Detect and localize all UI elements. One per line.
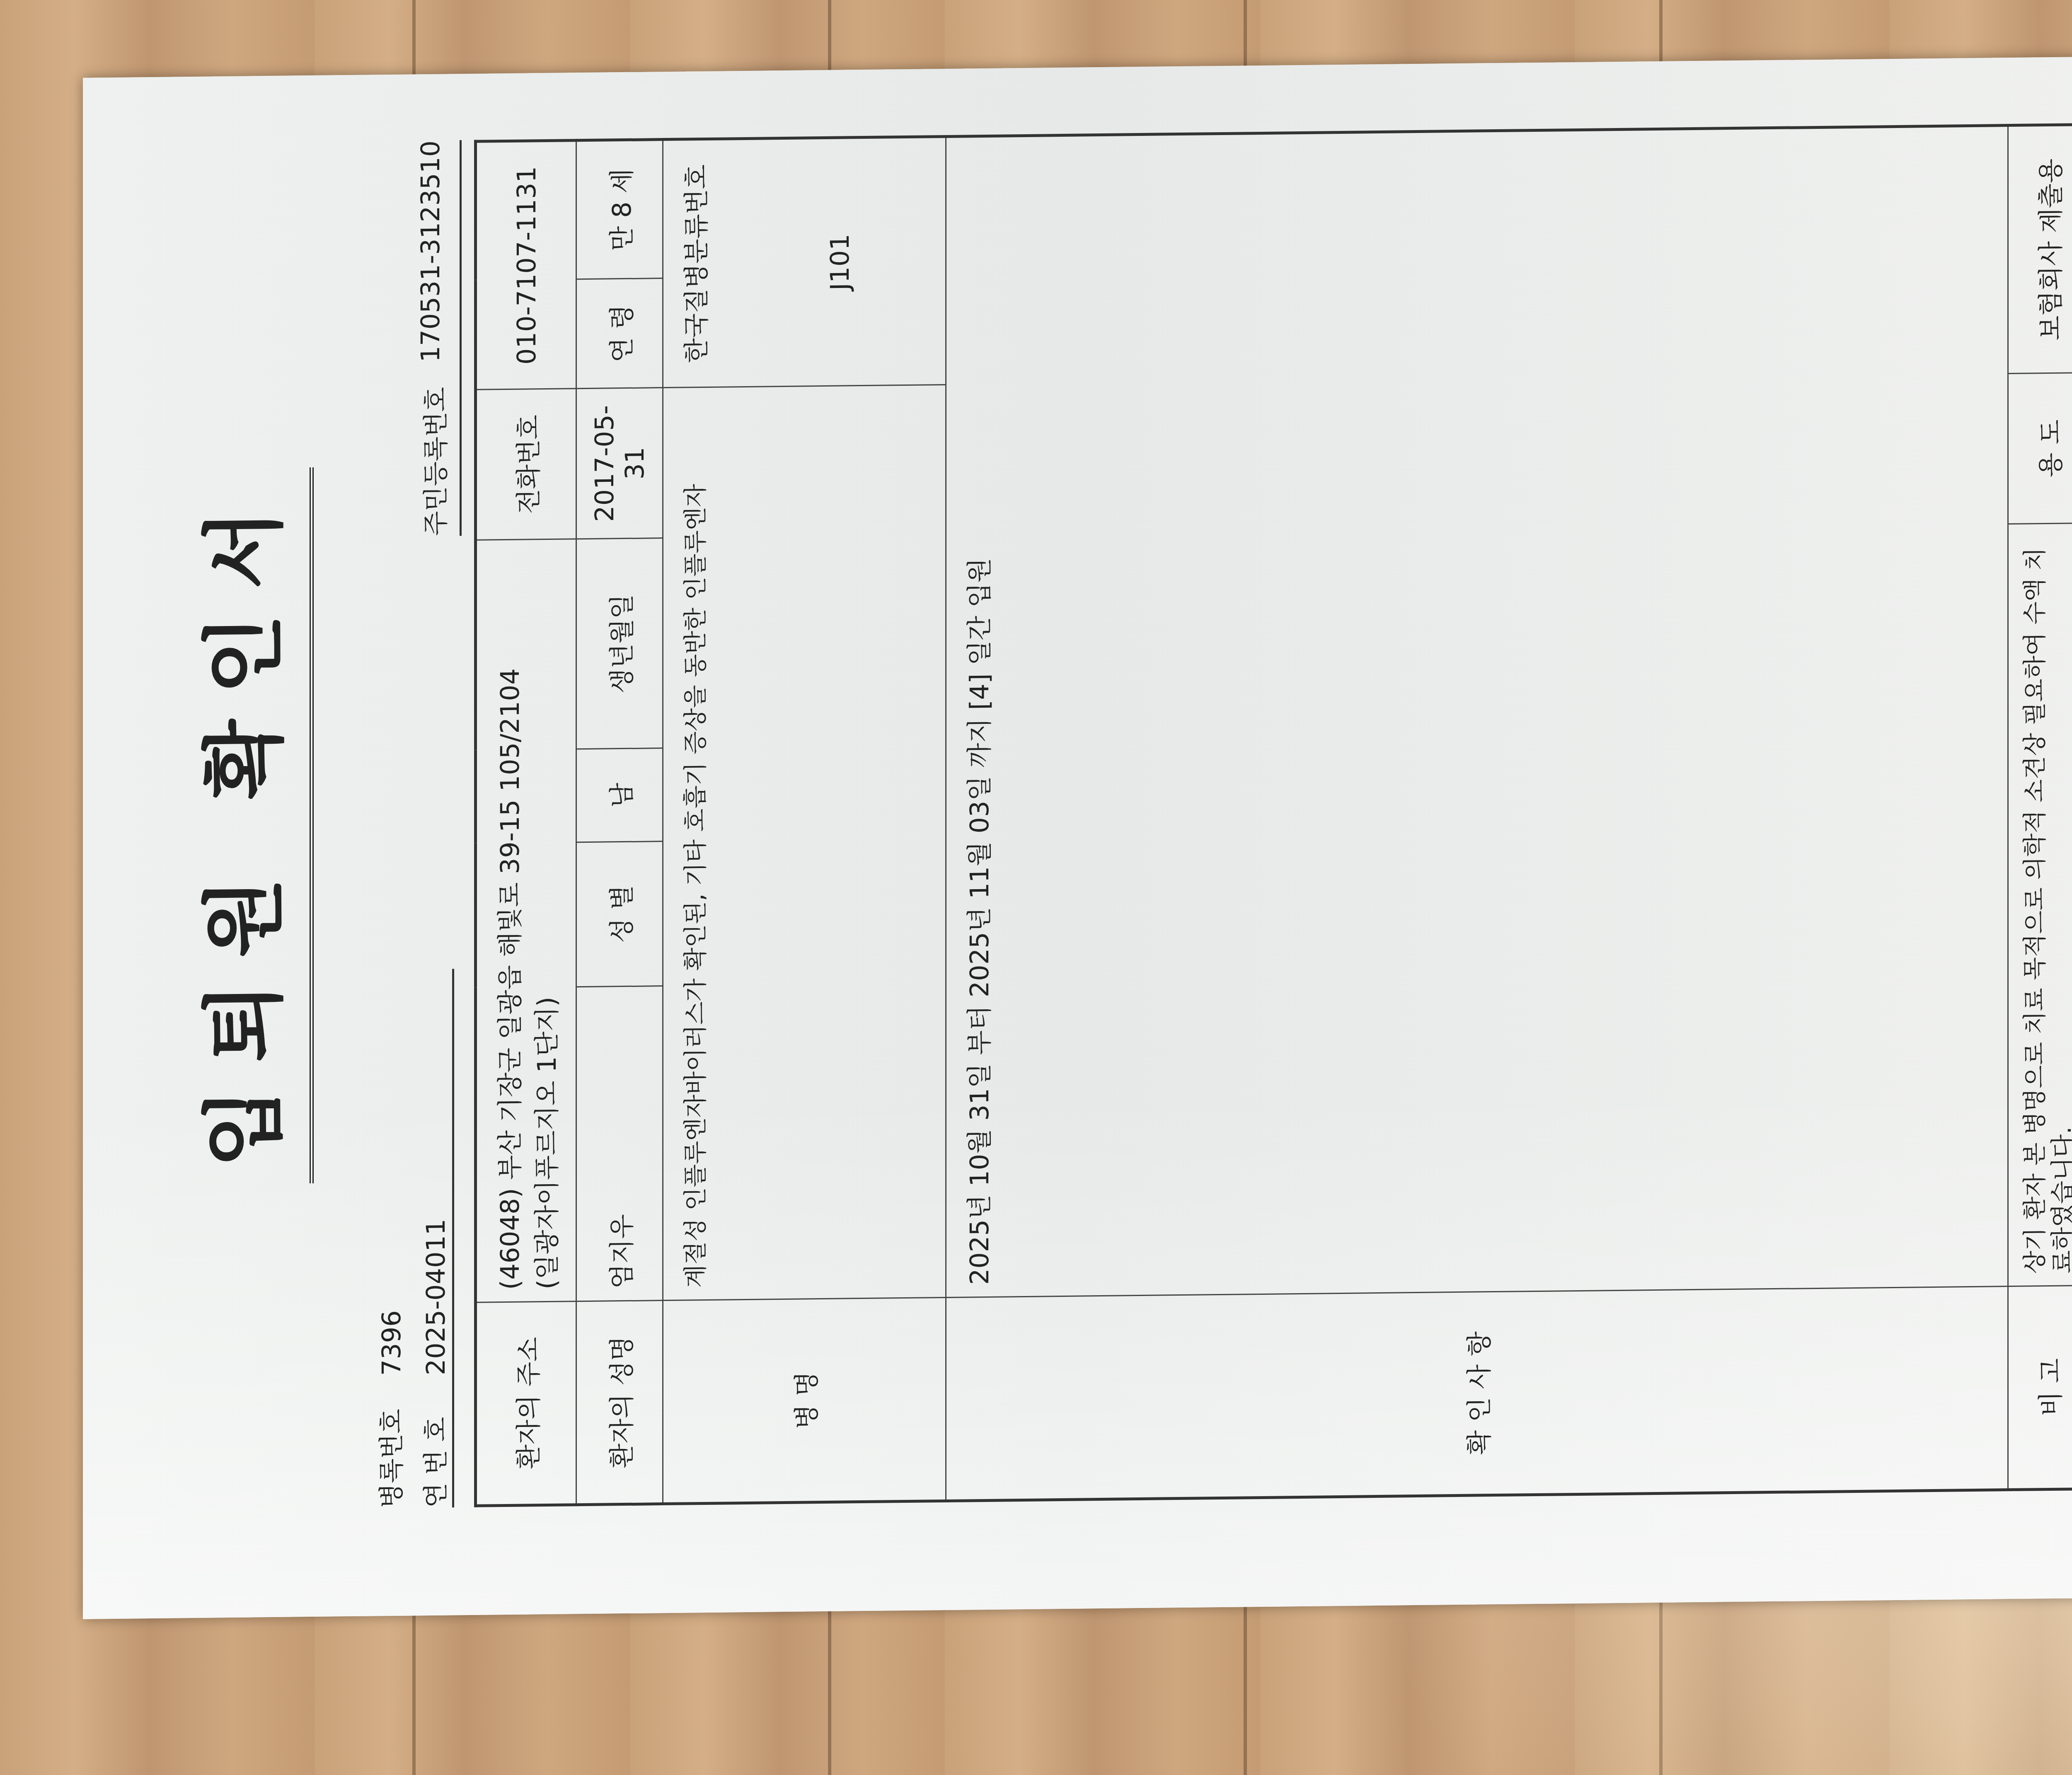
document-title: 입퇴원 확인서 — [178, 467, 314, 1185]
patient-birth: 2017-05-31 — [576, 388, 663, 539]
record-number: 7396 — [376, 1310, 407, 1376]
remarks-text: 상기 환자 본 병명으로 치료 목적으로 의학적 소견상 필요하여 수액 치료하… — [2008, 523, 2072, 1287]
sex-label: 성 별 — [576, 841, 663, 987]
patient-age: 만 8 세 — [576, 140, 663, 279]
certificate-form-table: 환자의 주소 (46048) 부산 기장군 일광읍 해빛로 39-15 105/… — [474, 123, 2072, 1507]
disease-code-label: 한국질병분류번호 — [676, 151, 825, 375]
serial-number-label: 연 번 호 — [415, 1383, 452, 1508]
age-label: 연 령 — [576, 278, 663, 389]
confirmation-label: 확 인 사 항 — [946, 1287, 2008, 1501]
record-number-label: 병록번호 — [371, 1384, 408, 1509]
diagnosis-label: 병 명 — [663, 1297, 946, 1504]
patient-name: 엄지우 — [576, 986, 663, 1301]
birth-label: 생년월일 — [576, 538, 663, 749]
remarks-label: 비 고 — [2008, 1286, 2072, 1490]
patient-address: (46048) 부산 기장군 일광읍 해빛로 39-15 105/2104 (일… — [476, 539, 576, 1302]
name-label: 환자의 성명 — [576, 1301, 663, 1505]
resident-number: 170531-3123510 — [415, 140, 452, 362]
purpose-label: 용 도 — [2008, 373, 2072, 524]
disease-code: J101 — [825, 150, 855, 374]
serial-number: 2025-04011 — [421, 1219, 451, 1375]
patient-phone: 010-7107-1131 — [476, 140, 576, 390]
diagnosis-text: 계절성 인플루엔자바이러스가 확인된, 기타 호흡기 증상을 동반한 인플루엔자 — [663, 385, 946, 1301]
confirmation-text: 2025년 10월 31일 부터 2025년 11월 03일 까지 [4] 일간… — [946, 126, 2008, 1298]
address-line-2: (일광자이푸르지오 1단지) — [526, 551, 563, 1289]
patient-sex: 남 — [576, 748, 663, 842]
address-line-1: (46048) 부산 기장군 일광읍 해빛로 39-15 105/2104 — [489, 552, 526, 1290]
admission-discharge-certificate: 입퇴원 확인서 병록번호 7396 연 번 호 2025-04011 주민등록번… — [83, 55, 2072, 1619]
purpose-value: 보험회사 제출용 — [2008, 125, 2072, 374]
resident-number-label: 주민등록번호 — [415, 387, 452, 536]
phone-label: 전화번호 — [476, 389, 576, 540]
disease-code-cell: 한국질병분류번호 J101 — [663, 136, 946, 387]
address-label: 환자의 주소 — [476, 1301, 576, 1506]
